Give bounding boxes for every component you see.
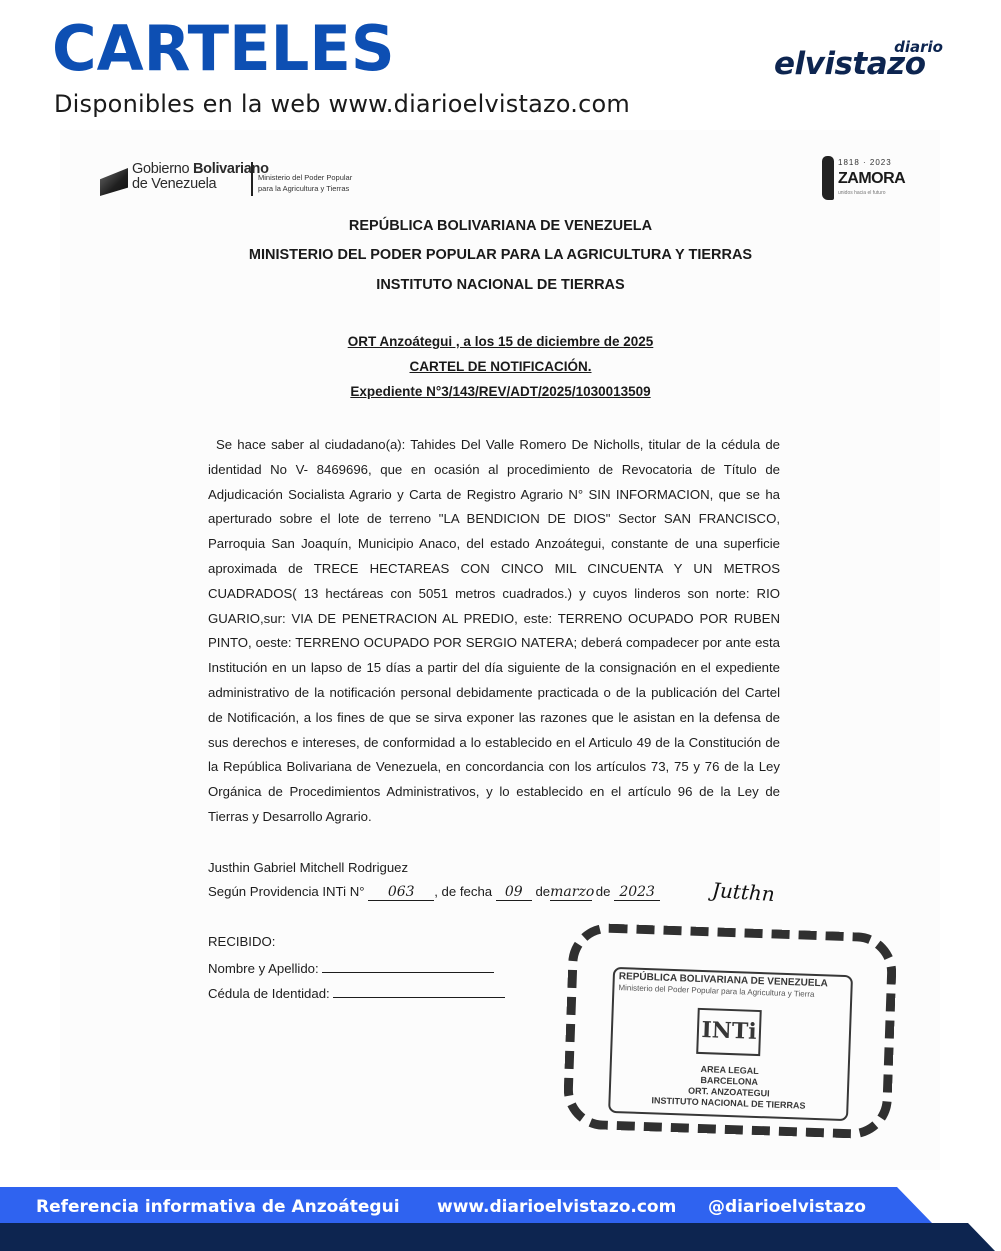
received-name-row: Nombre y Apellido: xyxy=(208,960,494,976)
inti-logo-icon: INTi xyxy=(696,1008,762,1056)
id-label: Cédula de Identidad: xyxy=(208,986,330,1001)
date-label: , de fecha xyxy=(434,884,492,899)
ministry-line1: Ministerio del Poder Popular xyxy=(258,173,352,182)
footer-base xyxy=(0,1223,1001,1251)
handwritten-signature: Jutthn xyxy=(711,878,775,906)
id-blank-line xyxy=(333,985,505,998)
venezuela-flag-icon xyxy=(100,168,128,196)
name-label: Nombre y Apellido: xyxy=(208,961,319,976)
year-prefix: de xyxy=(596,884,611,899)
notification-body: Se hace saber al ciudadano(a): Tahides D… xyxy=(208,433,780,830)
received-title: RECIBIDO: xyxy=(208,934,275,949)
gov-line1: Gobierno xyxy=(132,161,193,177)
government-logo: Gobierno Bolivariano de Venezuela Minist… xyxy=(100,158,370,204)
providencia-number: 063 xyxy=(368,884,434,901)
providencia-month: marzo xyxy=(550,884,592,901)
received-id-row: Cédula de Identidad: xyxy=(208,985,505,1001)
footer-website-link[interactable]: www.diarioelvistazo.com xyxy=(437,1197,676,1217)
providencia-day: 09 xyxy=(496,884,532,901)
zamora-sub: unidos hacia el futuro xyxy=(838,190,886,196)
gov-logo-text: Gobierno Bolivariano de Venezuela xyxy=(132,162,269,192)
official-stamp: REPÚBLICA BOLIVARIANA DE VENEZUELA Minis… xyxy=(563,922,898,1139)
ministry-text: Ministerio del Poder Popular para la Agr… xyxy=(258,172,352,194)
footer-handle-link[interactable]: @diarioelvistazo xyxy=(708,1197,866,1217)
zamora-years: 1818 · 2023 xyxy=(838,158,892,167)
logo-main-text: elvistazo xyxy=(774,46,926,82)
providencia-year: 2023 xyxy=(614,884,660,901)
footer-tagline: Referencia informativa de Anzoátegui xyxy=(36,1197,400,1217)
heading-institute: INSTITUTO NACIONAL DE TIERRAS xyxy=(0,277,1001,293)
name-blank-line xyxy=(322,960,494,973)
elvistazo-logo[interactable]: diario elvistazo xyxy=(772,38,947,82)
signer-name: Justhin Gabriel Mitchell Rodriguez xyxy=(208,860,408,875)
page-subtitle: Disponibles en la web www.diarioelvistaz… xyxy=(54,90,630,118)
gov-line2: de Venezuela xyxy=(132,176,216,192)
stamp-inner-box: REPÚBLICA BOLIVARIANA DE VENEZUELA Minis… xyxy=(608,967,853,1121)
document-title: CARTEL DE NOTIFICACIÓN. xyxy=(0,359,1001,374)
providencia-line: Según Providencia INTi N° 063, de fecha … xyxy=(208,884,660,901)
zamora-logo: 1818 · 2023 ZAMORA unidos hacia el futur… xyxy=(822,156,896,204)
place-date: ORT Anzoátegui , a los 15 de diciembre d… xyxy=(0,334,1001,349)
providencia-prefix: Según Providencia INTi N° xyxy=(208,884,365,899)
month-prefix: de xyxy=(535,884,550,899)
heading-republic: REPÚBLICA BOLIVARIANA DE VENEZUELA xyxy=(0,218,1001,234)
ministry-line2: para la Agricultura y Tierras xyxy=(258,184,349,193)
heading-ministry: MINISTERIO DEL PODER POPULAR PARA LA AGR… xyxy=(0,247,1001,263)
page-title: CARTELES xyxy=(52,18,395,80)
zamora-figure-icon xyxy=(822,156,834,200)
zamora-text: ZAMORA xyxy=(838,170,905,188)
expediente-number: Expediente N°3/143/REV/ADT/2025/10300135… xyxy=(0,384,1001,399)
logo-divider xyxy=(251,162,253,196)
